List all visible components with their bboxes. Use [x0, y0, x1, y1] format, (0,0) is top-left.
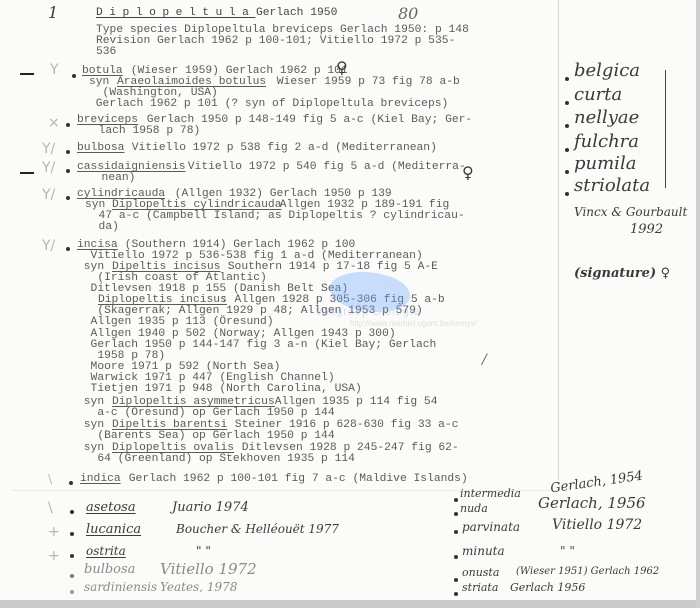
- bracket: [659, 70, 666, 188]
- citation-line: Tietjen 1971 p 948 (North Carolina, USA): [77, 384, 362, 395]
- species-authority: Vitiello 1972: [552, 517, 642, 533]
- bullet: [70, 590, 74, 594]
- bullet: [69, 481, 73, 485]
- species-citation: Vitiello 1972 p 538 fig 2 a-d (Mediterra…: [125, 143, 437, 154]
- species-name: striata: [462, 581, 498, 594]
- check-mark: +: [48, 548, 60, 564]
- species-authority: Vitiello 1972: [160, 560, 257, 578]
- bullet: [66, 169, 70, 173]
- watermark-text: Vakgroep Biologie: [315, 306, 420, 318]
- revision-line-2: 536: [96, 47, 116, 58]
- genus-authority: Gerlach 1950: [256, 8, 337, 19]
- species-name: curta: [574, 84, 622, 105]
- signature: (signature) ♀: [574, 266, 670, 281]
- bullet: [565, 77, 569, 81]
- bullet: [454, 555, 458, 559]
- species-name: lucanica: [86, 522, 141, 537]
- species-authority: Gerlach 1956: [510, 581, 585, 594]
- bullet: [70, 510, 74, 514]
- citation-line: (Barents Sea) op Gerlach 1950 p 144: [77, 431, 335, 442]
- citation-line: 64 (Greenland) op Stekhoven 1935 p 114: [77, 454, 355, 465]
- species-authority: " ": [196, 544, 211, 558]
- female-symbol: ♀: [462, 163, 474, 182]
- bullet: [70, 574, 74, 578]
- genus-name: Diplopeltula: [96, 8, 255, 19]
- species-name: bulbosa: [84, 562, 135, 577]
- watermark-url: http://www.marbiol.ugent.be/nemys/: [350, 319, 477, 328]
- bullet: [66, 150, 70, 154]
- species-authority: Gerlach, 1954: [549, 469, 643, 497]
- species-authority: Juario 1974: [172, 500, 249, 515]
- bullet: [66, 247, 70, 251]
- bullet: [70, 554, 74, 558]
- check-mark: Y/: [42, 187, 55, 203]
- bullet: [454, 592, 458, 596]
- bullet: [66, 123, 70, 127]
- check-mark: Y/: [42, 141, 55, 157]
- citation-line: 47 a-c (Campbell Island; as Diplopeltis …: [85, 211, 465, 222]
- margin-authority: Vincx & Gourbault: [574, 205, 687, 219]
- check-mark: +: [48, 524, 60, 540]
- species-name: ostrita: [86, 544, 126, 558]
- female-symbol: ♀: [336, 58, 348, 77]
- dash-mark: [20, 73, 34, 75]
- check-mark: ×: [48, 115, 60, 131]
- species-citation: Vitiello 1972 p 540 fig 5 a-d (Mediterra…: [181, 162, 466, 173]
- synonym-citation: Wieser 1959 p 73 fig 78 a-b: [270, 77, 460, 88]
- species-name: intermedia: [460, 487, 521, 500]
- check-mark: Y/: [42, 160, 55, 176]
- dash-mark: [20, 172, 34, 174]
- card-edge: [696, 0, 700, 608]
- species-authority: Boucher & Helléouët 1977: [176, 522, 339, 536]
- watermark: Vakgroep Biologie http://www.marbiol.uge…: [305, 272, 435, 327]
- revision-line-1: Revision Gerlach 1962 p 100-101; Vitiell…: [96, 36, 455, 47]
- species-citation: Gerlach 1962 p 100-101 fig 7 a-c (Maldiv…: [122, 474, 468, 485]
- species-name: belgica: [574, 60, 640, 81]
- bullet: [454, 578, 458, 582]
- bullet: [565, 101, 569, 105]
- bullet: [454, 530, 458, 534]
- species-name: indica: [80, 474, 121, 485]
- bullet: [565, 148, 569, 152]
- page-number: 80: [398, 4, 418, 23]
- check-mark: \: [48, 472, 52, 486]
- bullet: [565, 124, 569, 128]
- margin-year: 1992: [630, 222, 663, 237]
- species-name: minuta: [462, 544, 505, 558]
- check-mark: Y/: [42, 238, 55, 254]
- bullet: [454, 512, 458, 516]
- pen-mark: /: [482, 352, 487, 368]
- species-name: pumila: [574, 153, 636, 174]
- check-mark: \: [48, 500, 53, 516]
- species-name: nuda: [460, 502, 488, 515]
- species-authority: Yeates, 1978: [160, 580, 237, 594]
- card-number: 1: [48, 3, 58, 22]
- species-authority: (Wieser 1951) Gerlach 1962: [516, 566, 659, 577]
- index-card: 1 Diplopeltula Gerlach 1950 80 Type spec…: [0, 0, 696, 600]
- bullet: [72, 74, 76, 78]
- citation-line: nean): [88, 173, 135, 184]
- species-name: parvinata: [462, 520, 520, 534]
- species-authority: Gerlach, 1956: [538, 494, 646, 512]
- species-name: striolata: [574, 175, 650, 196]
- species-name: nellyae: [574, 107, 639, 128]
- species-name: onusta: [462, 566, 499, 579]
- bullet: [70, 532, 74, 536]
- bullet: [66, 196, 70, 200]
- species-name: sardiniensis: [84, 580, 157, 594]
- citation-line: a-c (Öresund) op Gerlach 1950 p 144: [77, 408, 335, 419]
- species-name: asetosa: [86, 500, 136, 515]
- bullet: [454, 498, 458, 502]
- citation-line: da): [85, 222, 119, 233]
- species-authority: " ": [560, 544, 575, 558]
- bullet: [565, 192, 569, 196]
- species-name: fulchra: [574, 131, 639, 152]
- bullet: [565, 170, 569, 174]
- check-mark: Y: [50, 62, 59, 78]
- citation-line: Gerlach 1962 p 101 (? syn of Diplopeltul…: [89, 99, 448, 110]
- column-divider: [558, 0, 559, 480]
- citation-line: Allgen 1935 p 113 (Öresund): [77, 317, 274, 328]
- citation-line: lach 1958 p 78): [85, 126, 200, 137]
- species-name: bulbosa: [77, 143, 124, 154]
